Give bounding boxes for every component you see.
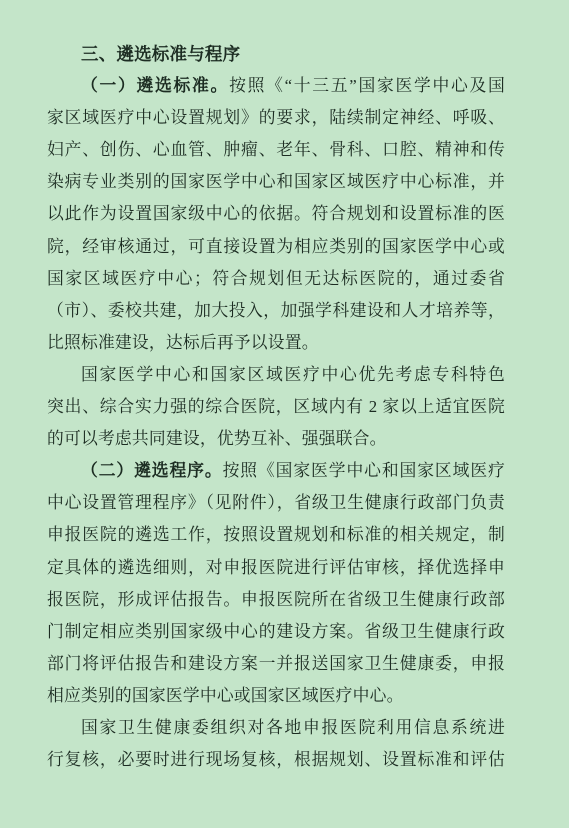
text-line: 国家区域医疗中心；符合规划但无达标医院的，通过委省 xyxy=(47,263,505,295)
text-line: 报医院，形成评估报告。申报医院所在省级卫生健康行政部 xyxy=(47,584,505,616)
line-text: 国家医学中心和国家区域医疗中心优先考虑专科特色 xyxy=(81,365,505,384)
text-line: （一）遴选标准。按照《“十三五”国家医学中心及国 xyxy=(47,70,505,102)
text-line: 比照标准建设，达标后再予以设置。 xyxy=(47,327,505,359)
text-line: 门制定相应类别国家级中心的建设方案。省级卫生健康行政 xyxy=(47,616,505,648)
text-line: 行复核，必要时进行现场复核，根据规划、设置标准和评估 xyxy=(47,744,505,776)
line-text: 的可以考虑共同建设，优势互补、强强联合。 xyxy=(47,429,387,448)
text-line: 院，经审核通过，可直接设置为相应类别的国家医学中心或 xyxy=(47,231,505,263)
text-line: 中心设置管理程序》（见附件），省级卫生健康行政部门负责 xyxy=(47,487,505,519)
text-line: 国家医学中心和国家区域医疗中心优先考虑专科特色 xyxy=(47,359,505,391)
text-line: 部门将评估报告和建设方案一并报送国家卫生健康委，申报 xyxy=(47,648,505,680)
line-text: 染病专业类别的国家医学中心和国家区域医疗中心标准，并 xyxy=(47,172,505,191)
text-line: 突出、综合实力强的综合医院，区域内有 2 家以上适宜医院 xyxy=(47,391,505,423)
line-text: 门制定相应类别国家级中心的建设方案。省级卫生健康行政 xyxy=(47,622,505,641)
document-body: 三、遴选标准与程序 （一）遴选标准。按照《“十三五”国家医学中心及国家区域医疗中… xyxy=(47,38,505,776)
text-line: （二）遴选程序。按照《国家医学中心和国家区域医疗 xyxy=(47,455,505,487)
text-line: 妇产、创伤、心血管、肿瘤、老年、骨科、口腔、精神和传 xyxy=(47,134,505,166)
line-text: 中心设置管理程序》（见附件），省级卫生健康行政部门负责 xyxy=(47,493,505,512)
text-line: 定具体的遴选细则，对申报医院进行评估审核，择优选择申 xyxy=(47,552,505,584)
text-line: 国家卫生健康委组织对各地申报医院利用信息系统进 xyxy=(47,712,505,744)
text-line: 家区域医疗中心设置规划》的要求，陆续制定神经、呼吸、 xyxy=(47,102,505,134)
text-line: （市）、委校共建，加大投入，加强学科建设和人才培养等， xyxy=(47,295,505,327)
line-text: 定具体的遴选细则，对申报医院进行评估审核，择优选择申 xyxy=(47,558,505,577)
line-text: 家区域医疗中心设置规划》的要求，陆续制定神经、呼吸、 xyxy=(47,108,505,127)
line-text: 国家区域医疗中心；符合规划但无达标医院的，通过委省 xyxy=(47,269,505,288)
paragraph-lead: （二）遴选程序。 xyxy=(81,461,223,480)
section-heading: 三、遴选标准与程序 xyxy=(47,38,505,70)
line-text: 申报医院的遴选工作，按照设置规划和标准的相关规定，制 xyxy=(47,525,505,544)
line-text: 报医院，形成评估报告。申报医院所在省级卫生健康行政部 xyxy=(47,590,505,609)
line-text: 按照《国家医学中心和国家区域医疗 xyxy=(223,461,505,480)
line-text: 行复核，必要时进行现场复核，根据规划、设置标准和评估 xyxy=(47,750,505,769)
text-line: 的可以考虑共同建设，优势互补、强强联合。 xyxy=(47,423,505,455)
line-text: 以此作为设置国家级中心的依据。符合规划和设置标准的医 xyxy=(47,204,505,223)
text-line: 染病专业类别的国家医学中心和国家区域医疗中心标准，并 xyxy=(47,166,505,198)
document-page: 三、遴选标准与程序 （一）遴选标准。按照《“十三五”国家医学中心及国家区域医疗中… xyxy=(0,0,569,828)
line-text: 相应类别的国家医学中心或国家区域医疗中心。 xyxy=(47,686,404,705)
line-text: 突出、综合实力强的综合医院，区域内有 2 家以上适宜医院 xyxy=(47,397,505,416)
paragraph-lead: （一）遴选标准。 xyxy=(81,76,229,95)
line-text: 妇产、创伤、心血管、肿瘤、老年、骨科、口腔、精神和传 xyxy=(47,140,505,159)
line-text: 国家卫生健康委组织对各地申报医院利用信息系统进 xyxy=(81,718,505,737)
line-text: 按照《“十三五”国家医学中心及国 xyxy=(229,76,505,95)
line-text: （市）、委校共建，加大投入，加强学科建设和人才培养等， xyxy=(47,301,505,320)
text-line: 以此作为设置国家级中心的依据。符合规划和设置标准的医 xyxy=(47,198,505,230)
line-text: 比照标准建设，达标后再予以设置。 xyxy=(47,333,319,352)
text-line: 申报医院的遴选工作，按照设置规划和标准的相关规定，制 xyxy=(47,519,505,551)
text-line: 相应类别的国家医学中心或国家区域医疗中心。 xyxy=(47,680,505,712)
line-text: 部门将评估报告和建设方案一并报送国家卫生健康委，申报 xyxy=(47,654,505,673)
line-text: 院，经审核通过，可直接设置为相应类别的国家医学中心或 xyxy=(47,237,505,256)
